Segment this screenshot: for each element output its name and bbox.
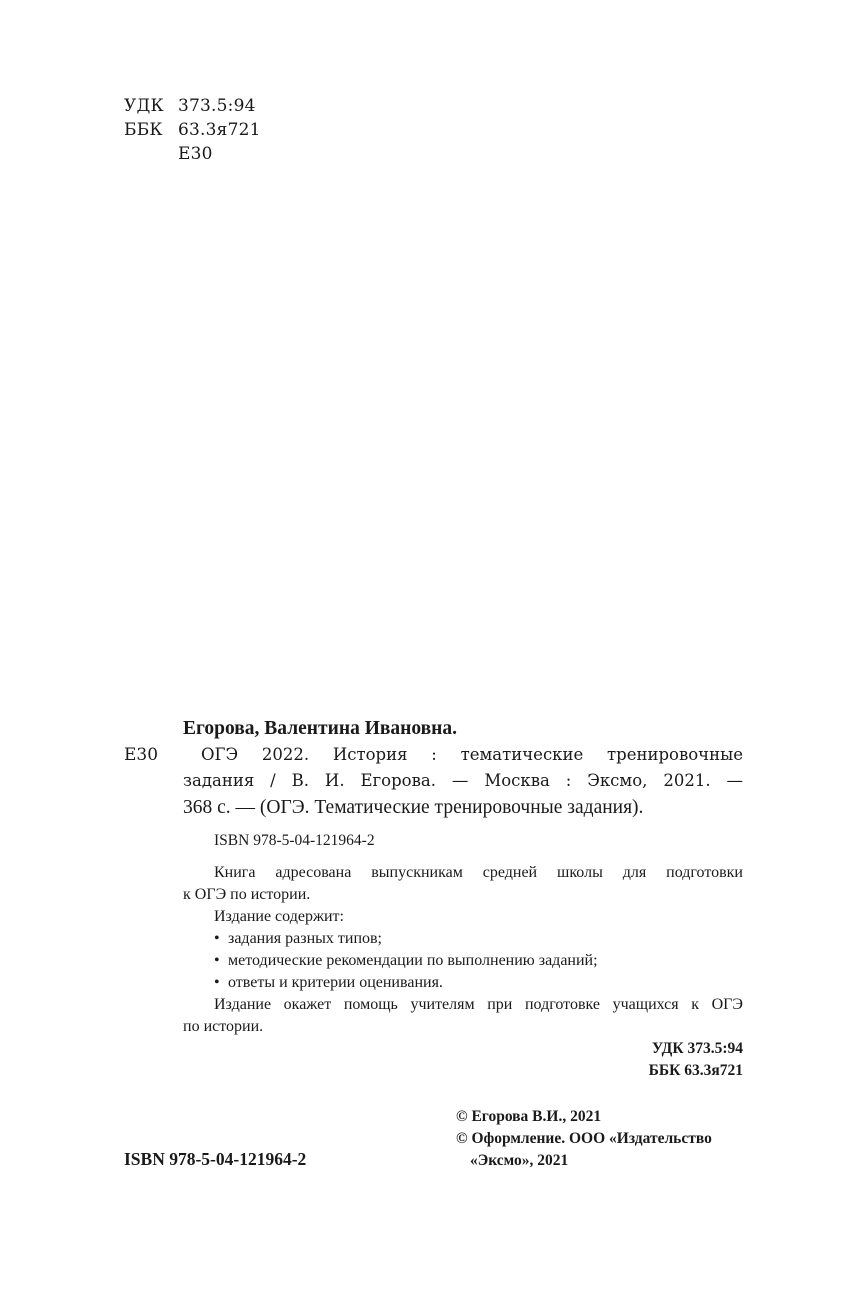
annotation-bullet-item: •задания разных типов;	[214, 930, 382, 948]
bullet-text: ответы и критерии оценивания.	[228, 974, 443, 991]
bbk-value: 63.3я721	[178, 120, 261, 140]
bullet-text: методические рекомендации по выполнению …	[228, 952, 598, 969]
bullet-icon: •	[214, 930, 228, 948]
record-line-1: ОГЭ 2022. История : тематические трениро…	[183, 745, 743, 764]
annotation-bullet-item: •ответы и критерии оценивания.	[214, 974, 443, 992]
imprint-isbn: ISBN 978-5-04-121964-2	[124, 1149, 306, 1170]
annotation-intro-line-1: Книга адресована выпускникам средней шко…	[183, 864, 743, 882]
annotation-bullet-item: •методические рекомендации по выполнению…	[214, 952, 598, 970]
record-line-2: задания / В. И. Егорова. — Москва : Эксм…	[183, 771, 743, 790]
bbk-label: ББК	[124, 120, 163, 140]
annotation-teachers-line-1: Издание окажет помощь учителям при подго…	[183, 996, 743, 1014]
annotation-contains-heading: Издание содержит:	[214, 908, 344, 926]
bullet-text: задания разных типов;	[228, 930, 382, 947]
copyright-design-line-2: «Эксмо», 2021	[470, 1152, 568, 1170]
copyright-author: © Егорова В.И., 2021	[456, 1108, 601, 1126]
annotation-intro-line-2: к ОГЭ по истории.	[183, 886, 743, 904]
udk-value: 373.5:94	[178, 96, 256, 116]
bullet-icon: •	[214, 952, 228, 970]
udk-label: УДК	[124, 96, 164, 116]
footer-udk: УДК 373.5:94	[652, 1040, 743, 1058]
record-line-3: 368 с. — (ОГЭ. Тематические тренировочны…	[183, 797, 743, 819]
annotation-teachers-line-2: по истории.	[183, 1018, 743, 1036]
copyright-design-line-1: © Оформление. ООО «Издательство	[456, 1130, 712, 1148]
record-isbn: ISBN 978-5-04-121964-2	[214, 832, 375, 850]
record-author-sign: Е30	[124, 745, 158, 765]
author-sign: Е30	[178, 144, 213, 164]
bullet-icon: •	[214, 974, 228, 992]
author-name: Егорова, Валентина Ивановна.	[183, 718, 457, 740]
footer-bbk: ББК 63.3я721	[649, 1062, 743, 1080]
